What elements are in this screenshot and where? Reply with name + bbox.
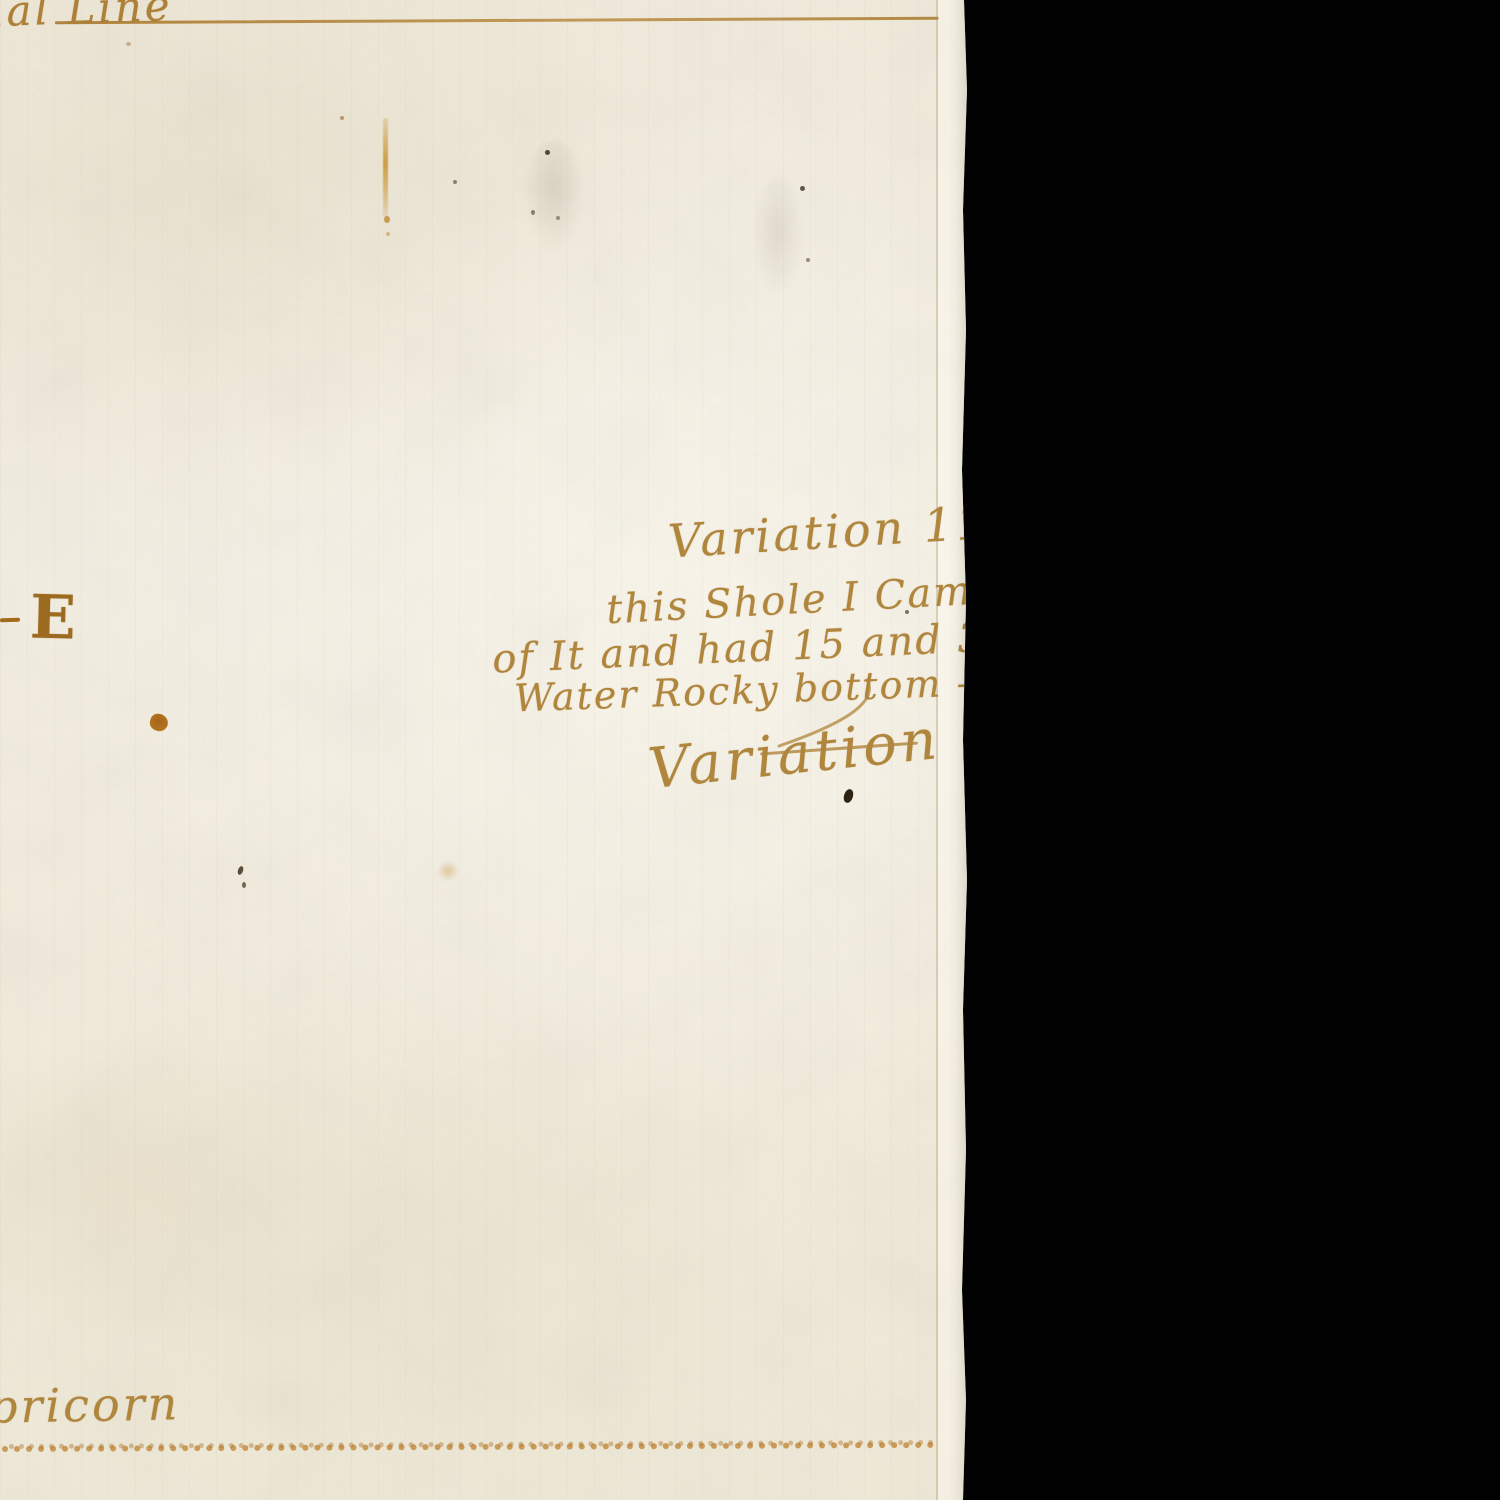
east-marker-letter: E: [29, 582, 77, 653]
east-marker-dash: [0, 618, 20, 622]
photograph-black-background: ial Line E Variation 11° this Shole I Ca…: [0, 0, 1500, 1500]
dark-speck-4: [800, 186, 805, 191]
ink-streak-dot-small: [386, 232, 390, 236]
tiny-speck-2: [453, 180, 457, 184]
capricorn-label: pricorn: [0, 1376, 181, 1433]
equinoctial-rule-line: [55, 17, 939, 24]
chart-paper-fragment: ial Line E Variation 11° this Shole I Ca…: [0, 0, 970, 1500]
ink-streak-dot: [384, 216, 390, 223]
tiny-speck-1: [340, 116, 344, 120]
dark-speck-2: [531, 210, 535, 215]
dark-speck-3: [556, 216, 560, 220]
equinoctial-label: ial Line: [0, 0, 173, 36]
gray-smudge-right: [752, 178, 804, 296]
dark-speck-1: [545, 150, 550, 155]
ink-speck-pair-top: [237, 865, 245, 875]
note-variation-2: Variation: [645, 707, 943, 802]
tiny-speck-4: [126, 42, 131, 46]
ink-speck-pair-bottom: [242, 882, 246, 888]
capricorn-dotted-line: [2, 1442, 934, 1449]
orange-ink-spot: [148, 712, 170, 733]
paper-edge-shadow: [948, 0, 970, 1500]
gray-smudge-left: [524, 140, 584, 255]
dark-speck-5: [806, 258, 810, 262]
vertical-ink-streak: [383, 118, 388, 218]
faint-orange-smudge: [438, 860, 458, 882]
dark-ink-blot: [842, 788, 855, 804]
